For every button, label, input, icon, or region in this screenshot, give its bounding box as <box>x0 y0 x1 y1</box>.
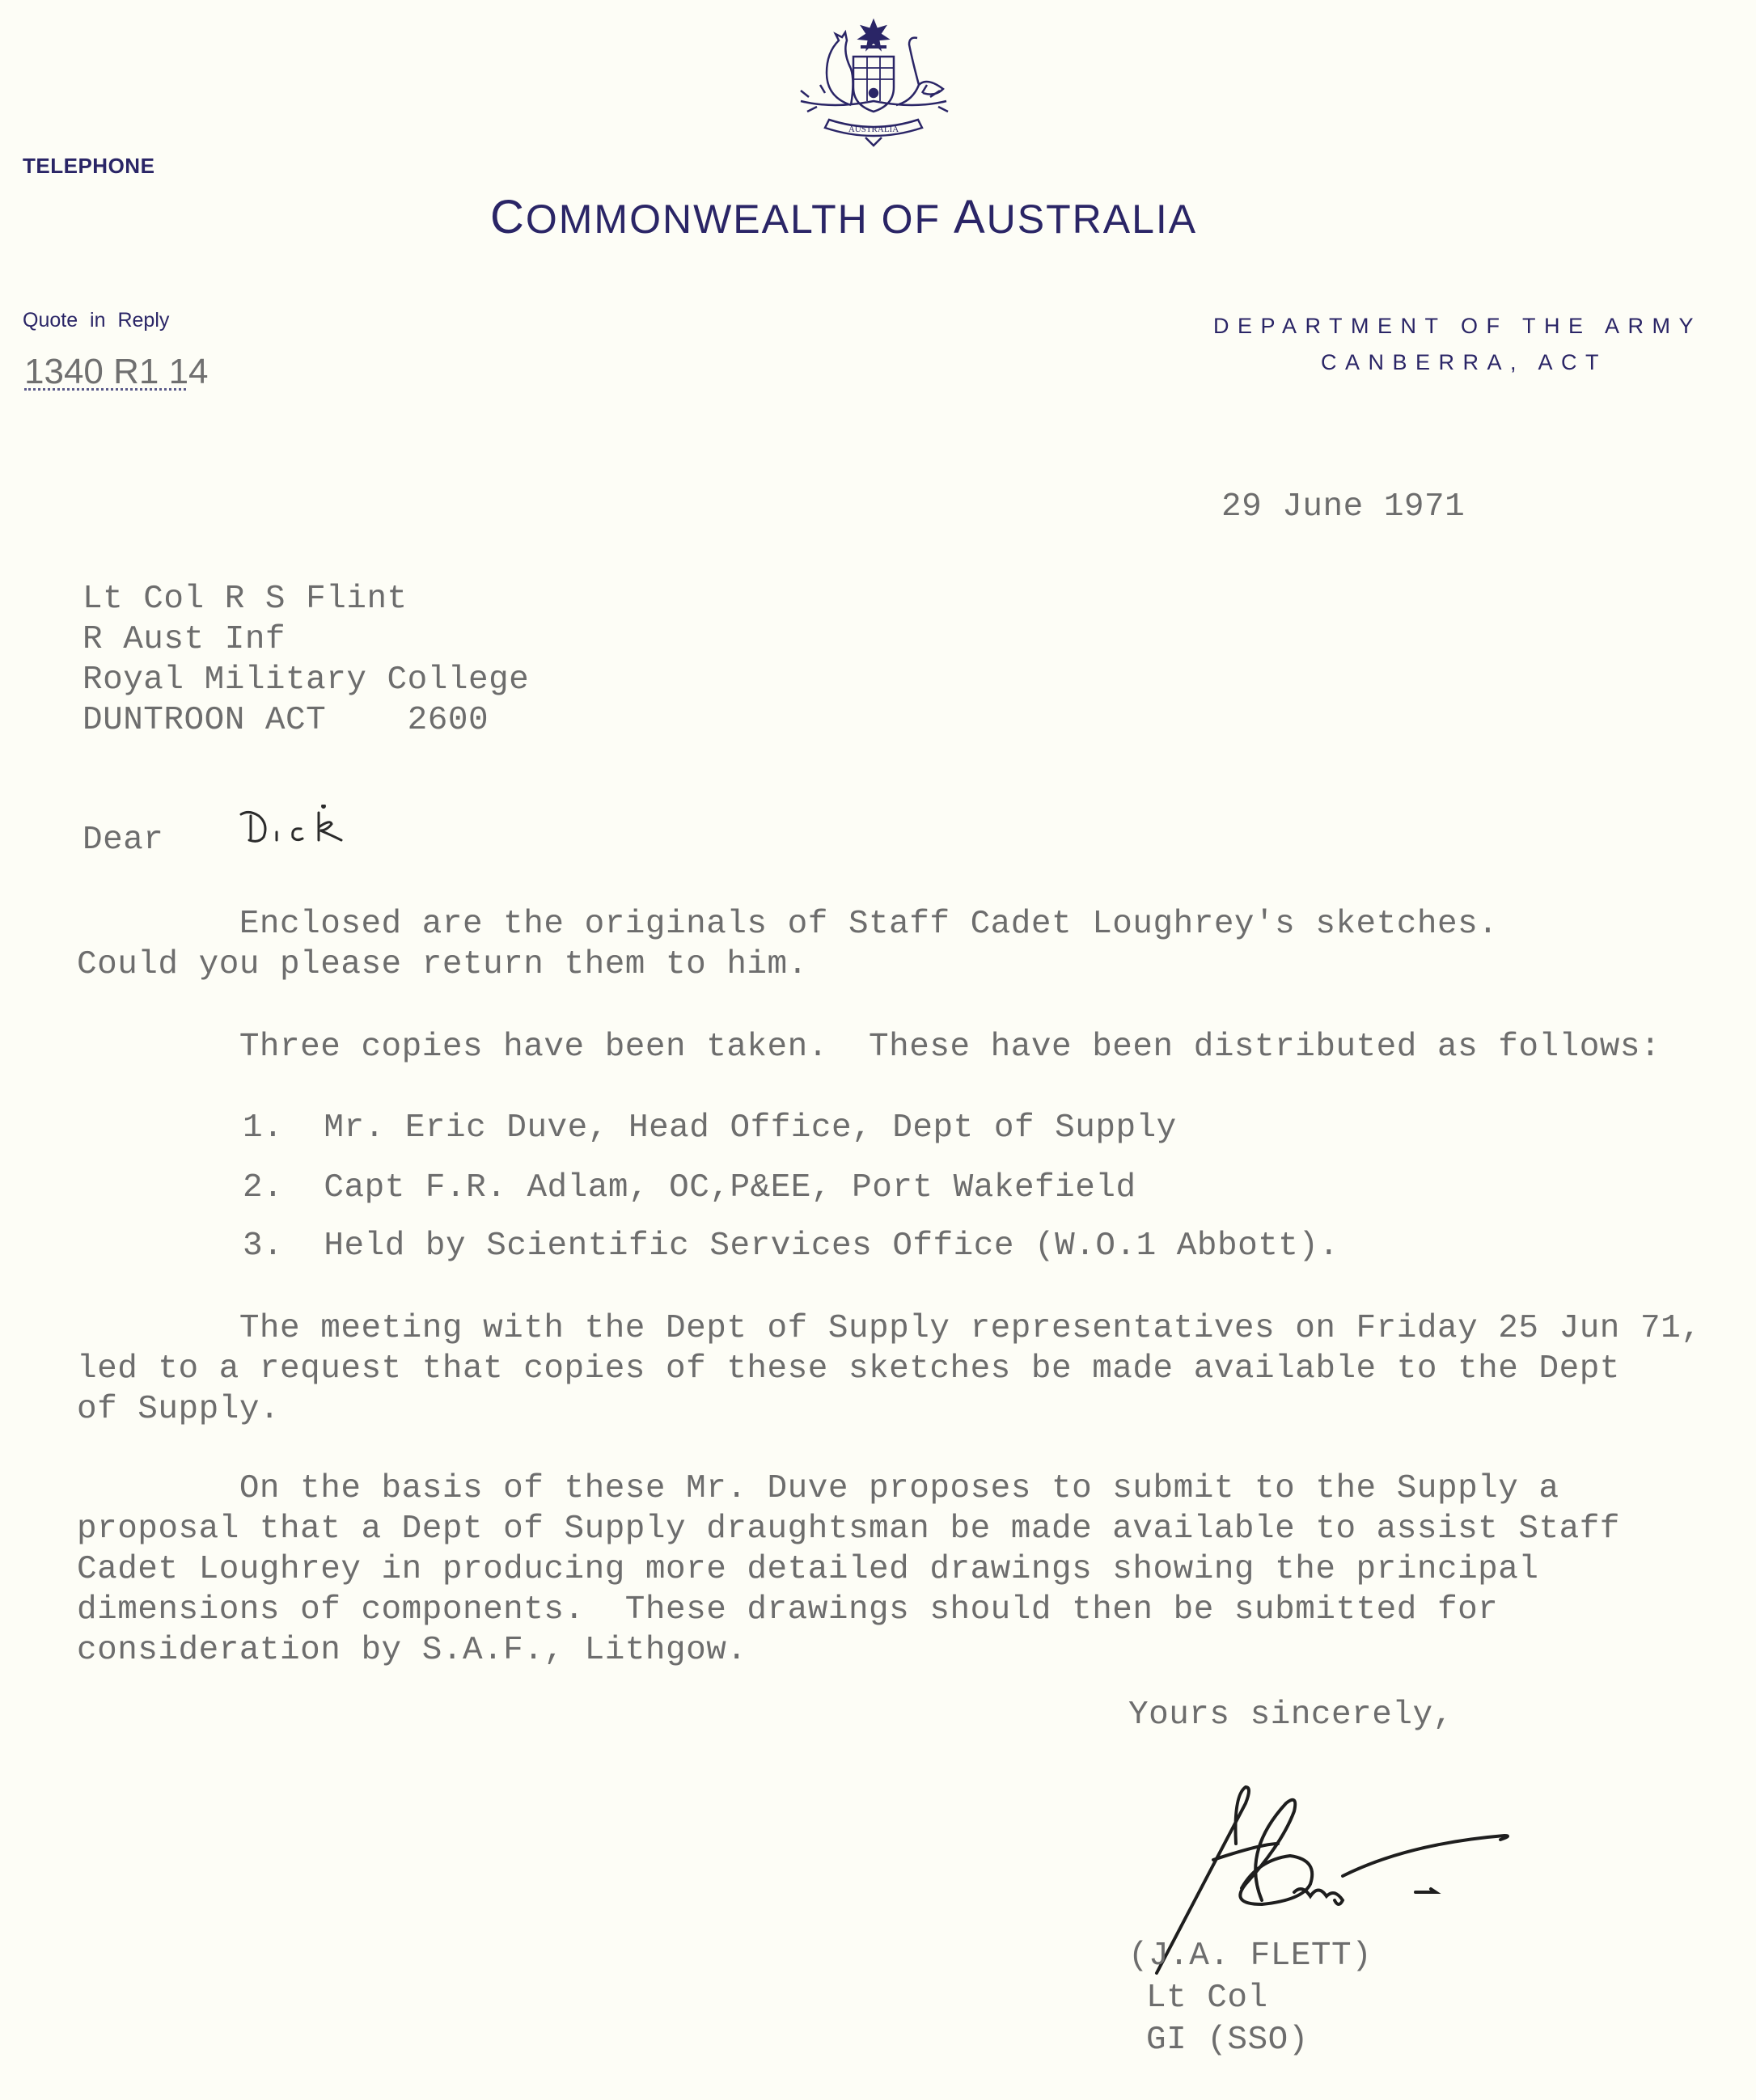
signatory-name: (J.A. FLETT) <box>1128 1937 1372 1975</box>
department-name: DEPARTMENT OF THE ARMY <box>1213 314 1702 339</box>
title-initial-a: A <box>954 191 987 243</box>
paragraph-meeting: The meeting with the Dept of Supply repr… <box>77 1308 1701 1430</box>
reference-dotted-line <box>24 388 186 391</box>
coat-of-arms-icon: AUSTRALIA <box>776 16 971 150</box>
recipient-line: R Aust Inf <box>83 621 286 658</box>
signatory-rank: Lt Col <box>1146 1980 1268 2017</box>
distribution-item: 2. Capt F.R. Adlam, OC,P&EE, Port Wakefi… <box>243 1169 1136 1206</box>
paragraph-copies: Three copies have been taken. These have… <box>77 1027 1661 1067</box>
distribution-item: 3. Held by Scientific Services Office (W… <box>243 1227 1339 1265</box>
title-initial-c: C <box>490 191 526 243</box>
recipient-line: DUNTROON ACT 2600 <box>83 702 489 739</box>
quote-in-reply-label: Quote in Reply <box>23 309 169 332</box>
closing: Yours sincerely, <box>1128 1696 1453 1734</box>
handwritten-salutation-name <box>235 805 364 853</box>
distribution-item: 1. Mr. Eric Duve, Head Office, Dept of S… <box>243 1109 1177 1147</box>
letter-date: 29 June 1971 <box>1221 488 1465 526</box>
paragraph-enclosed: Enclosed are the originals of Staff Cade… <box>77 904 1498 985</box>
svg-text:AUSTRALIA: AUSTRALIA <box>848 125 899 134</box>
signatory-title: GI (SSO) <box>1146 2022 1309 2059</box>
reference-number: 1340 R1 14 <box>24 352 209 392</box>
recipient-line: Lt Col R S Flint <box>83 581 408 618</box>
telephone-label: TELEPHONE <box>23 154 154 179</box>
department-city: CANBERRA, ACT <box>1321 350 1607 375</box>
letterhead-title: COMMONWEALTH OF AUSTRALIA <box>490 190 1197 244</box>
title-part-1: OMMONWEALTH OF <box>526 196 954 242</box>
paragraph-proposal: On the basis of these Mr. Duve proposes … <box>77 1468 1620 1671</box>
title-part-2: USTRALIA <box>987 196 1198 242</box>
recipient-line: Royal Military College <box>83 661 529 699</box>
salutation: Dear <box>83 822 163 859</box>
